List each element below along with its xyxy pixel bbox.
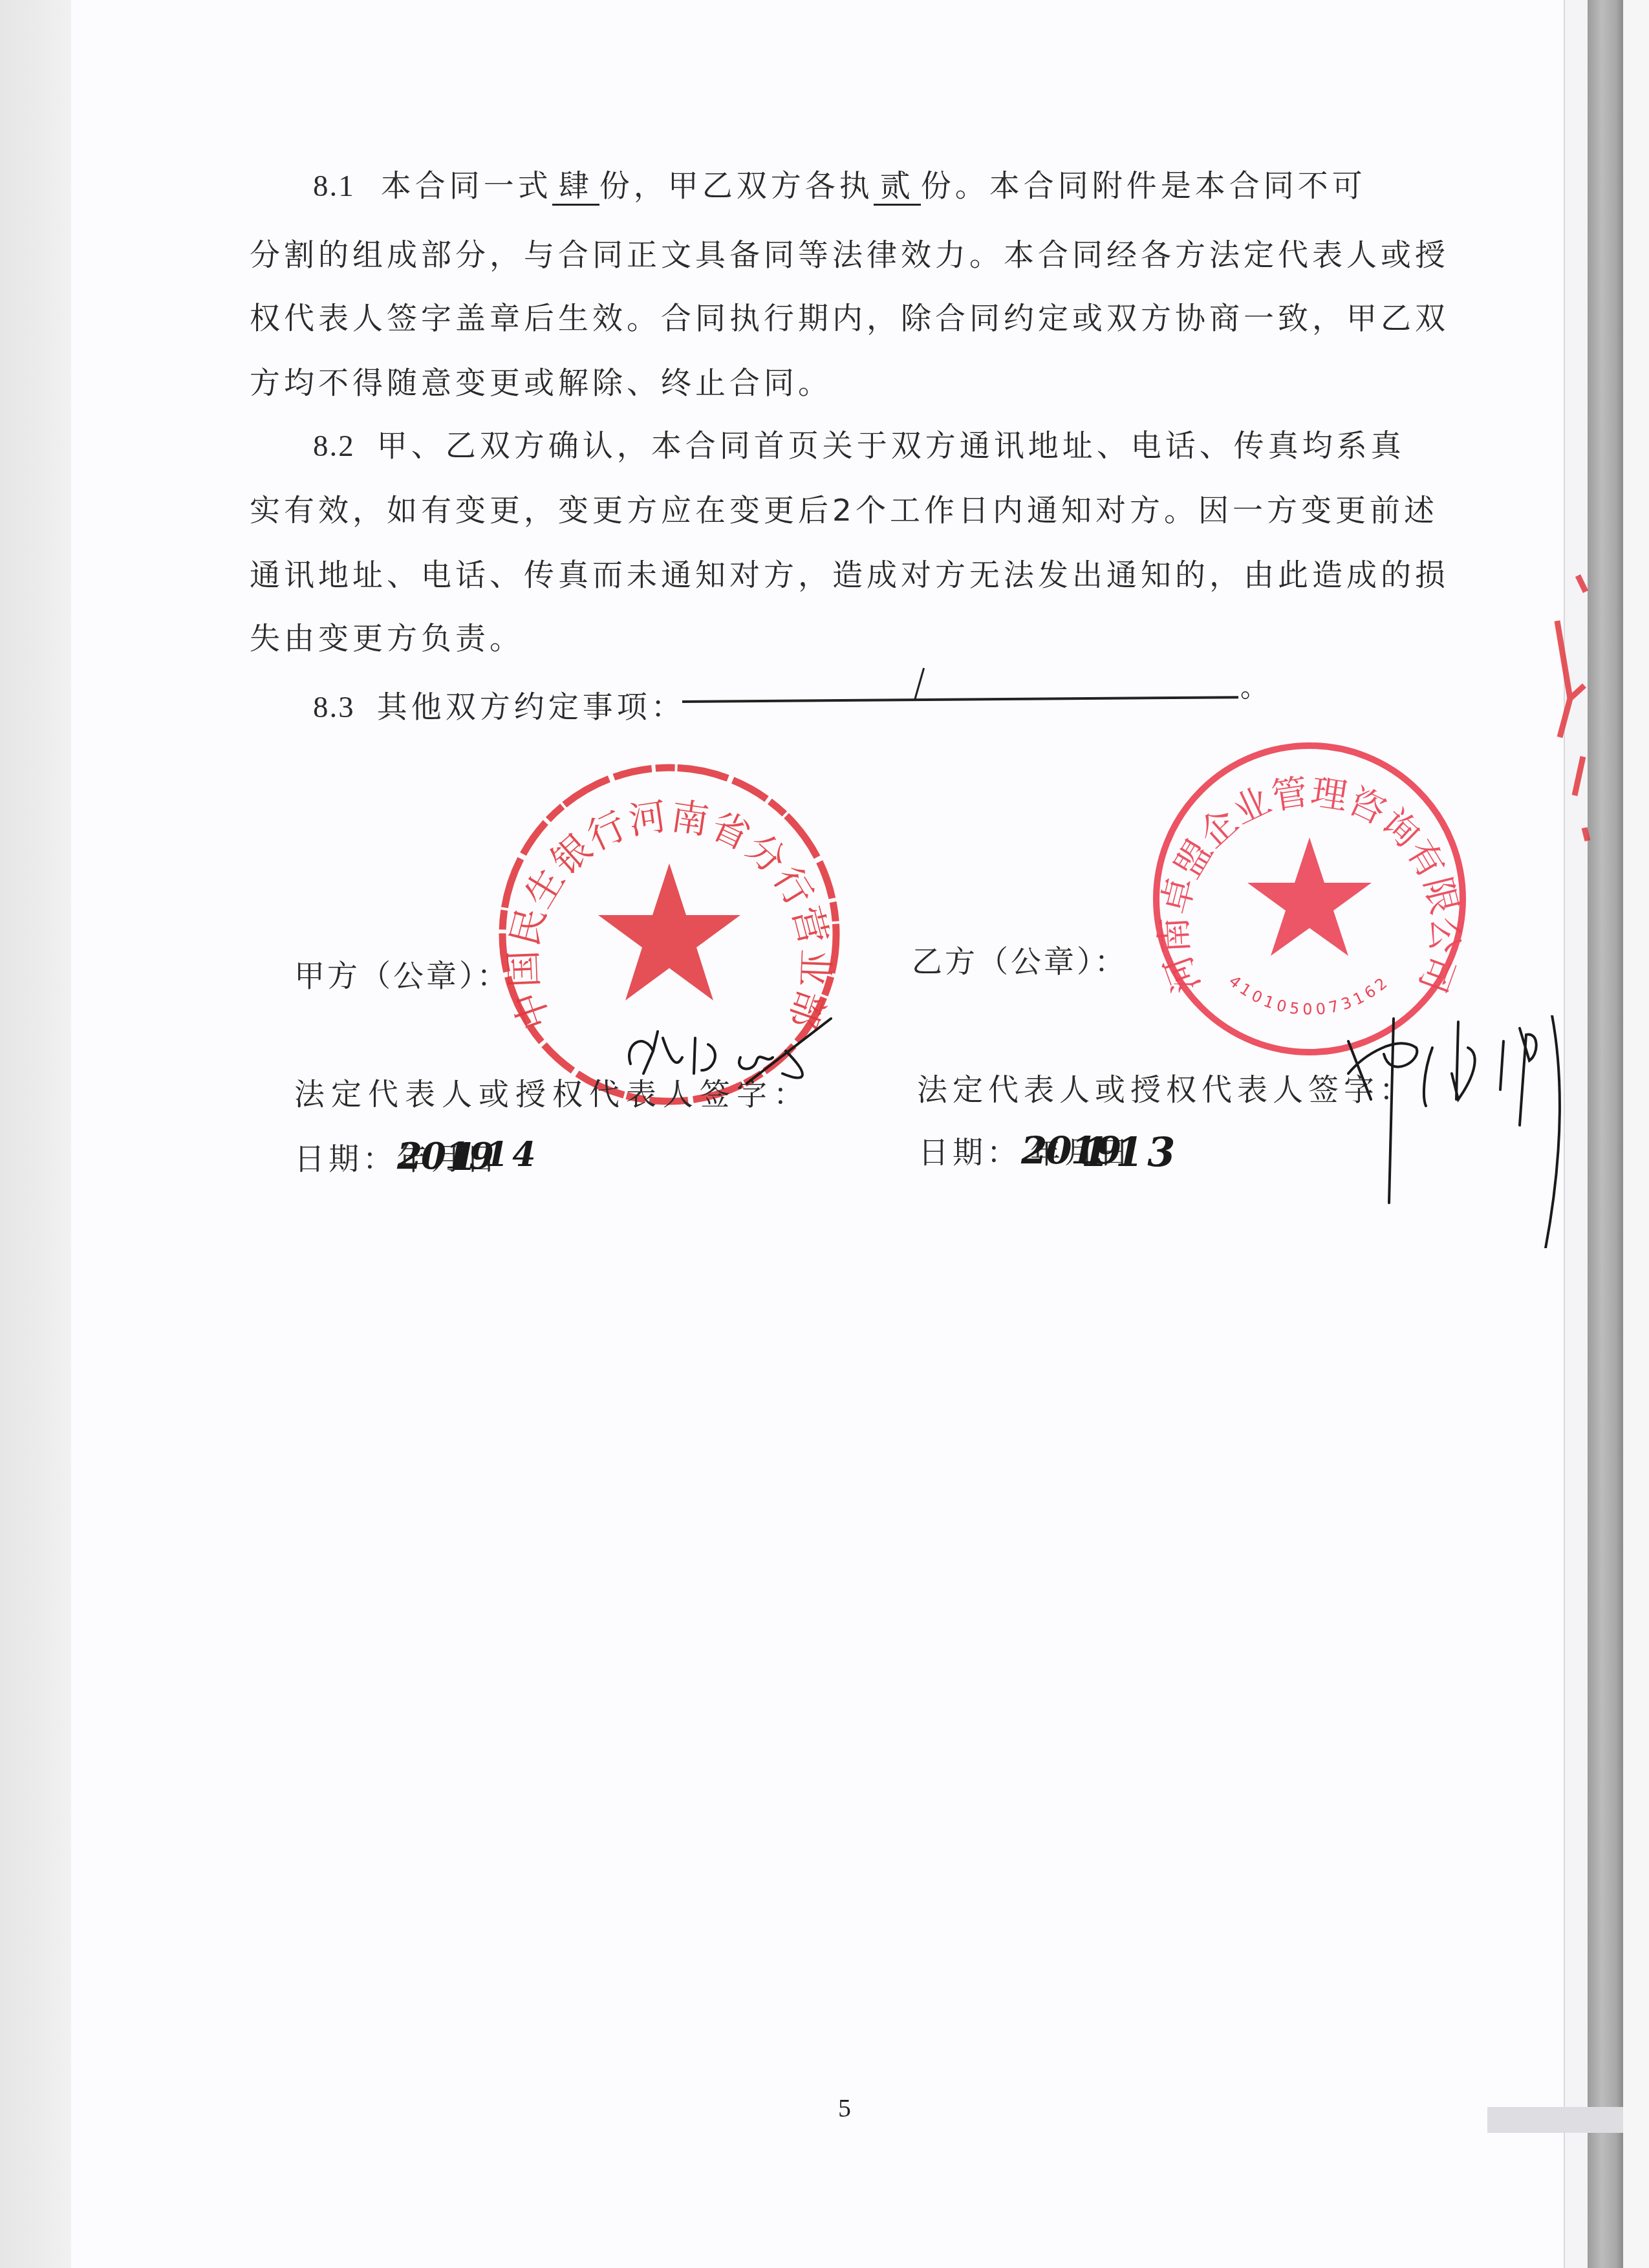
page-bottom-edge (1487, 2107, 1623, 2133)
clause-number: 8.1 (313, 169, 355, 203)
date-label: 日期： (918, 1135, 1021, 1171)
party-b-signature-label: 法定代表人或授权代表人签字： (917, 1066, 1415, 1109)
party-a-seal-label: 甲方（公章）： (294, 952, 510, 995)
party-b-date-row: 日期：2019年1月13日 (918, 1129, 1133, 1172)
partial-stamp-fragment (1552, 556, 1591, 847)
party-b-company-seal: 河南卓盟企业管理咨询有限公司 4101050073162 (1148, 737, 1471, 1061)
clause-8-2-line-3: 通讯地址、电话、传真而未通知对方，造成对方无法发出通知的，由此造成的损 (250, 551, 1449, 594)
copies-each-field: 贰 (874, 168, 921, 206)
party-b-handwritten-signature (1345, 1015, 1597, 1248)
clause-number: 8.3 (313, 691, 355, 724)
party-b-seal-code: 4101050073162 (1225, 972, 1394, 1019)
star-icon (1247, 837, 1372, 956)
clause-8-1-line-2: 分割的组成部分，与合同正文具备同等法律效力。本合同经各方法定代表人或授 (250, 231, 1449, 274)
page-number: 5 (838, 2093, 851, 2123)
clause-8-1-line-3: 权代表人签字盖章后生效。合同执行期内，除合同约定或双方协商一致，甲乙双 (250, 294, 1449, 338)
clause-8-1-line-1: 8.1本合同一式肆份，甲乙双方各执贰份。本合同附件是本合同不可 (313, 162, 1366, 205)
other-terms-period: 。 (1240, 666, 1267, 705)
date-day-handwritten: 14 (466, 1135, 559, 1174)
scan-right-margin (1623, 0, 1649, 2268)
clause-8-2-line-4: 失由变更方负责。 (250, 614, 524, 658)
clause-8-3-line: 8.3其他双方约定事项： (313, 683, 685, 726)
clause-number: 8.2 (313, 429, 355, 463)
clause-8-2-line-1: 8.2甲、乙双方确认，本合同首页关于双方通讯地址、电话、传真均系真 (313, 422, 1405, 465)
clause-8-1-line-4: 方均不得随意变更或解除、终止合同。 (250, 359, 832, 402)
date-day-handwritten: 13 (1099, 1129, 1183, 1176)
date-label: 日期： (294, 1141, 397, 1177)
star-icon (598, 863, 740, 1000)
scan-left-margin (0, 0, 71, 2268)
party-a-date-row: 日期：2019年1月14日 (294, 1135, 500, 1178)
party-a-handwritten-signature (618, 1012, 837, 1096)
party-b-seal-label: 乙方（公章）： (912, 938, 1128, 981)
clause-8-2-line-2: 实有效，如有变更，变更方应在变更后2个工作日内通知对方。因一方变更前述 (250, 486, 1438, 530)
copies-total-field: 肆 (552, 168, 599, 206)
